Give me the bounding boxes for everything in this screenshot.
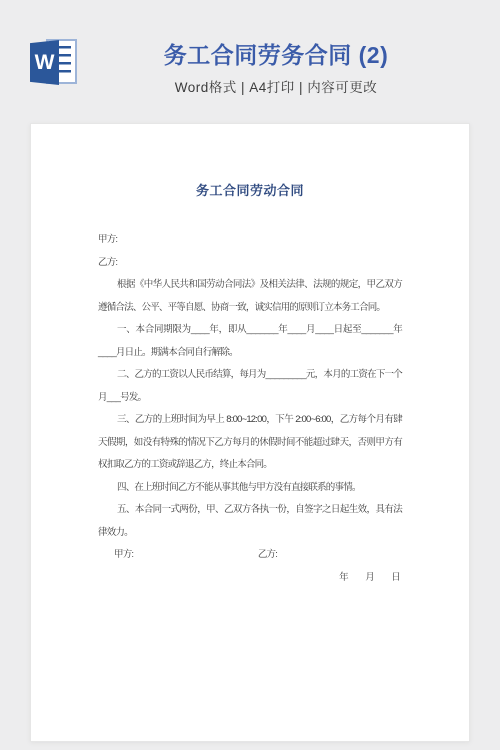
header-text-block: 务工合同劳务合同 (2) Word格式 | A4打印 | 内容可更改 <box>80 40 472 96</box>
signature-party-a: 甲方: <box>114 544 256 567</box>
party-b-label: 乙方: <box>98 252 402 275</box>
word-icon-w-panel: W <box>30 40 59 85</box>
contract-paragraph: 根据《中华人民共和国劳动合同法》及相关法律、法规的规定，甲乙双方遵循合法、公平、… <box>98 274 402 319</box>
contract-paragraph: 二、乙方的工资以人民币结算，每月为_________元，本月的工资在下一个月__… <box>98 364 402 409</box>
signature-party-b: 乙方: <box>258 544 277 567</box>
file-title: 务工合同劳务合同 (2) <box>80 40 472 70</box>
contract-paragraph: 一、本合同期限为____年，即从_______年____月____日起至____… <box>98 319 402 364</box>
file-format-info: Word格式 | A4打印 | 内容可更改 <box>80 76 472 96</box>
word-file-icon: W <box>30 37 80 87</box>
signature-date: 年 月 日 <box>98 567 402 590</box>
preview-header: W 务工合同劳务合同 (2) Word格式 | A4打印 | 内容可更改 <box>0 0 500 118</box>
signature-row: 甲方: 乙方: <box>98 544 402 567</box>
party-a-label: 甲方: <box>98 229 402 252</box>
contract-title: 务工合同劳动合同 <box>98 180 402 199</box>
document-preview-screen: W 务工合同劳务合同 (2) Word格式 | A4打印 | 内容可更改 务工合… <box>0 0 500 750</box>
word-icon-letter: W <box>35 51 55 75</box>
contract-paragraph: 五、本合同一式两份，甲、乙双方各执一份，自签字之日起生效，具有法律效力。 <box>98 499 402 544</box>
document-page: 务工合同劳动合同 甲方: 乙方: 根据《中华人民共和国劳动合同法》及相关法律、法… <box>30 123 470 742</box>
contract-body: 甲方: 乙方: 根据《中华人民共和国劳动合同法》及相关法律、法规的规定，甲乙双方… <box>98 229 402 589</box>
contract-paragraph: 四、在上班时间乙方不能从事其他与甲方没有直接联系的事情。 <box>98 477 402 500</box>
contract-paragraph: 三、乙方的上班时间为早上 8:00~12:00，下午 2:00~6:00，乙方每… <box>98 409 402 477</box>
